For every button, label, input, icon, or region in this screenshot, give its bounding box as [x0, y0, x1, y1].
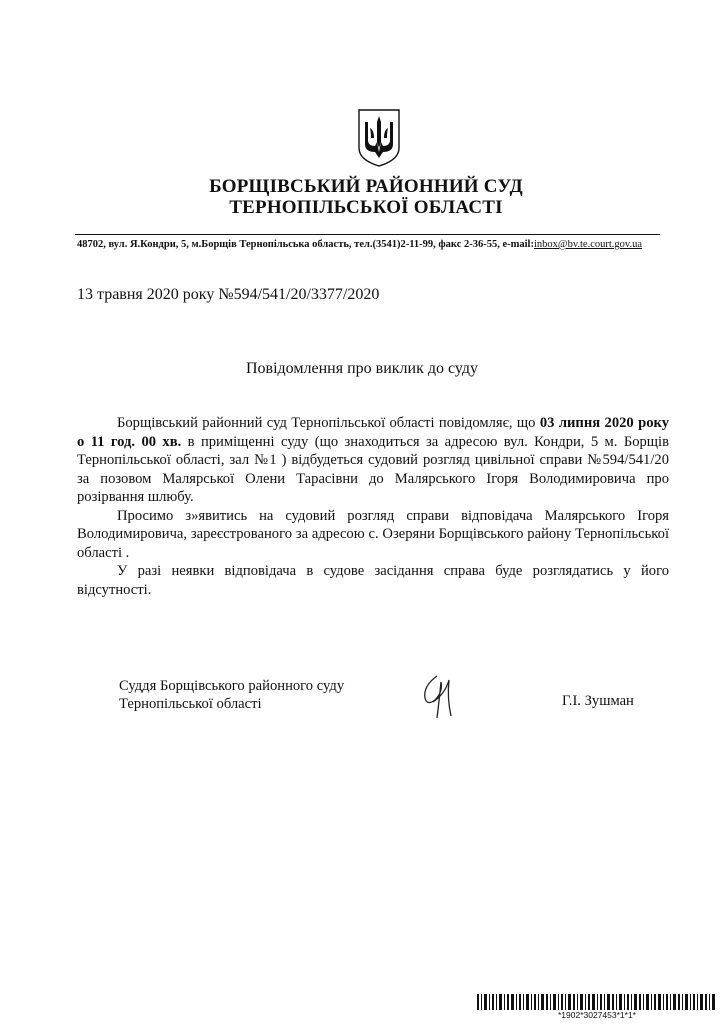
document-body: Борщівський районний суд Тернопільської … — [77, 414, 669, 599]
court-contacts: 48702, вул. Я.Кондри, 5, м.Борщів Терноп… — [77, 239, 642, 250]
paragraph-1: Борщівський районний суд Тернопільської … — [77, 414, 669, 507]
barcode-number: *1902*3027453*1*1* — [477, 1010, 717, 1020]
paragraph-2: Просимо з»явитись на судовий розгляд спр… — [77, 507, 669, 563]
judge-position-line1: Суддя Борщівського районного суду — [119, 677, 344, 695]
paragraph-3: У разі неявки відповідача в судове засід… — [77, 562, 669, 599]
header-divider — [75, 234, 660, 235]
contacts-text: 48702, вул. Я.Кондри, 5, м.Борщів Терноп… — [77, 239, 534, 250]
judge-position-line2: Тернопільської області — [119, 695, 344, 713]
p1-text-a: Борщівський районний суд Тернопільської … — [117, 415, 540, 431]
judge-position: Суддя Борщівського районного суду Терноп… — [119, 677, 344, 713]
document-title: Повідомлення про виклик до суду — [0, 360, 724, 378]
email-link[interactable]: inbox@bv.te.court.gov.ua — [534, 239, 642, 250]
court-name-line1: БОРЩІВСЬКИЙ РАЙОННИЙ СУД — [4, 176, 724, 198]
judge-name: Г.І. Зушман — [562, 693, 634, 710]
signature-icon — [415, 672, 465, 722]
document-reference: 13 травня 2020 року №594/541/20/3377/202… — [77, 286, 379, 304]
coat-of-arms-icon — [357, 108, 401, 168]
barcode-icon — [477, 994, 717, 1010]
court-name-line2: ТЕРНОПІЛЬСЬКОЇ ОБЛАСТІ — [4, 197, 724, 219]
